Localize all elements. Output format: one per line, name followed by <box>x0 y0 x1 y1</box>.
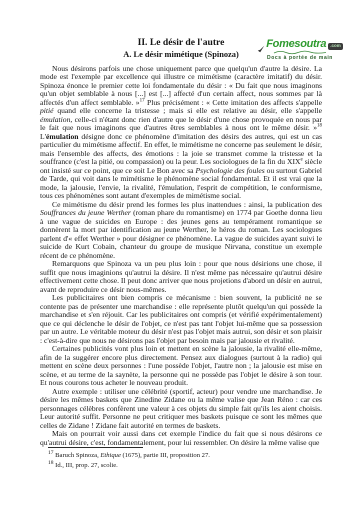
footnote: 17 Baruch Spinoza, Ethique (1675), parti… <box>40 450 322 460</box>
fomesoutra-logo: Fomesoutra .com Docs à portée de main <box>243 39 357 61</box>
paragraph: Certaines publicités vont plus loin et m… <box>40 345 322 388</box>
paragraph: Les publicitaires ont bien compris ce mé… <box>40 294 322 345</box>
logo-tagline: Docs à portée de main <box>243 56 357 61</box>
body-text: Nous désirons parfois une chose uniqueme… <box>40 65 322 448</box>
paragraph: Remarquons que Spinoza va un peu plus lo… <box>40 260 322 294</box>
paragraph: Mais on pourrait voir aussi dans cet exe… <box>40 430 322 447</box>
footnote-list: 17 Baruch Spinoza, Ethique (1675), parti… <box>40 450 322 470</box>
paragraph: Ce mimétisme du désir prend les formes l… <box>40 201 322 261</box>
paragraph: Autre exemple : utiliser une célébrité (… <box>40 388 322 431</box>
footnote: 18 Id., III, prop. 27, scolie. <box>40 460 322 470</box>
paragraph: Nous désirons parfois une chose uniqueme… <box>40 65 322 201</box>
logo-tld-badge: .com <box>328 43 343 50</box>
document-page: II. Le désir de l'autre A. Le désir mimé… <box>0 0 362 512</box>
logo-brand-text: Fomesoutra <box>266 39 326 50</box>
logo-row: Fomesoutra .com <box>243 39 357 50</box>
footnote-separator <box>48 447 143 448</box>
footnote-area: 17 Baruch Spinoza, Ethique (1675), parti… <box>40 447 322 470</box>
logo-swoosh-icon <box>257 41 265 49</box>
